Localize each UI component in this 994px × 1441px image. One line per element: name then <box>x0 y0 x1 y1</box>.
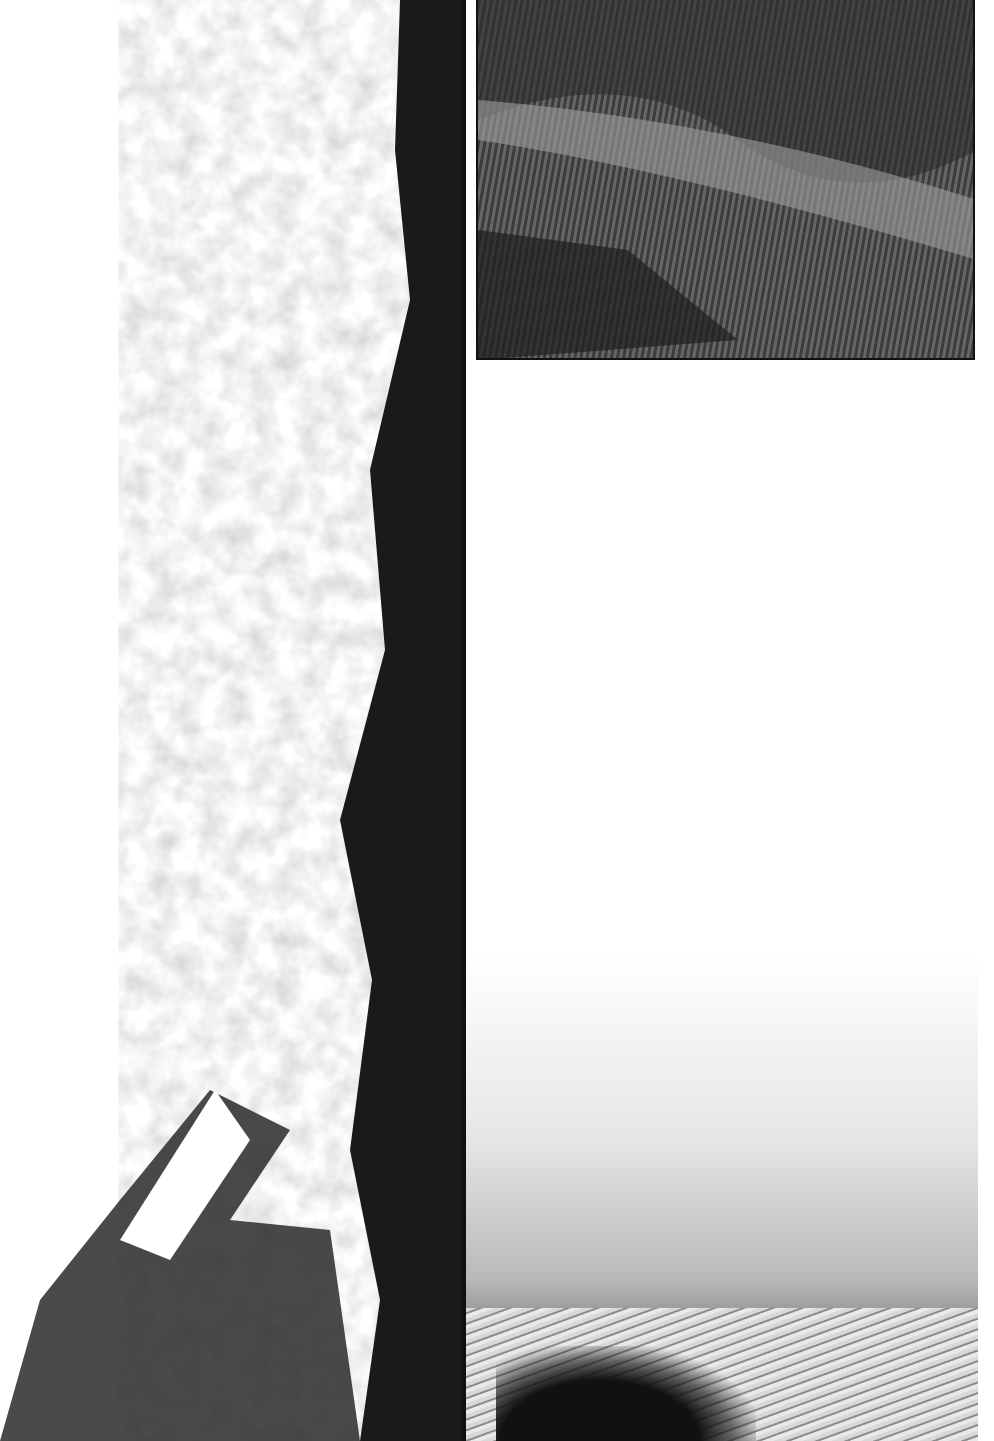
ground-plain <box>466 1308 978 1441</box>
slopes-illustration <box>478 0 975 360</box>
ground-shadow <box>496 1346 756 1441</box>
mountain-illustration <box>0 0 463 1441</box>
panel-mountain-ridge <box>0 0 463 1441</box>
panel-misty-plain <box>466 362 978 1441</box>
panel-terraced-slopes <box>476 0 975 360</box>
